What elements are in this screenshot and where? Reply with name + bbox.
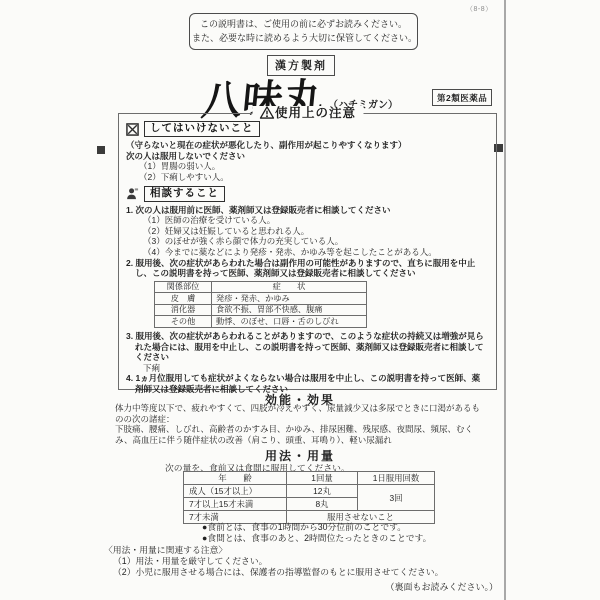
- cell-symptom-other: 動悸、のぼせ、口唇・舌のしびれ: [212, 316, 367, 328]
- notice-line-2: また、必要な時に読めるよう大切に保管してください。: [192, 32, 415, 46]
- see-back-note: （裏面もお読みください。）: [0, 580, 498, 593]
- page-corner-mark: （8-8）: [466, 4, 493, 14]
- consult-item-1-sub-2: （2）妊婦又は妊娠していると思われる人。: [126, 226, 488, 237]
- precautions-heading-text: 使用上の注意: [275, 106, 356, 120]
- consult-item-1-sub-4: （4）今までに薬などにより発疹・発赤、かゆみ等を起こしたことがある人。: [126, 247, 488, 258]
- precautions-box: 使用上の注意 してはいけないこと （守らないと現在の症状が悪化したり、副作用が起…: [118, 113, 497, 390]
- dosage-bullet-1: ●食前とは、食事の1時間から30分位前のことです。: [202, 522, 431, 533]
- side-effects-table: 関係部位 症 状 皮 膚 発疹・発赤、かゆみ 消化器 食欲不振、胃部不快感、腹痛…: [154, 281, 367, 328]
- dosage-header-times: 1日服用回数: [358, 472, 435, 485]
- do-not-item-2: （2）下痢しやすい人。: [126, 172, 488, 183]
- side-effects-header-row: 関係部位 症 状: [155, 281, 367, 293]
- side-effects-header-symptom: 症 状: [212, 281, 367, 293]
- prohibition-icon: [126, 123, 139, 136]
- consult-item-1-sub-1: （1）医師の治療を受けている人。: [126, 215, 488, 226]
- efficacy-intro: 体力中等度以下で、疲れやすくて、四肢が冷えやすく、尿量減少又は多尿でときに口渇が…: [115, 403, 485, 424]
- drug-class-badge: 第2類医薬品: [432, 89, 492, 106]
- precautions-content: してはいけないこと （守らないと現在の症状が悪化したり、副作用が起こりやすくなり…: [119, 114, 496, 395]
- do-not-subnote: （守らないと現在の症状が悪化したり、副作用が起こりやすくなります）: [126, 140, 488, 151]
- do-not-lead: 次の人は服用しないでください: [126, 151, 488, 162]
- print-registration-mark-left: [97, 146, 105, 154]
- cell-symptom-skin: 発疹・発赤、かゆみ: [212, 293, 367, 305]
- cell-amount-adult: 12丸: [287, 485, 358, 498]
- dosage-row-adult: 成人（15才以上） 12丸 3回: [184, 485, 435, 498]
- cell-part-other: その他: [155, 316, 212, 328]
- cell-symptom-digestive: 食欲不振、胃部不快感、腹痛: [212, 304, 367, 316]
- do-not-label-row: してはいけないこと: [126, 121, 488, 137]
- dosage-header-row: 年 齢 1回量 1日服用回数: [184, 472, 435, 485]
- consult-item-2: 2. 服用後、次の症状があらわれた場合は副作用の可能性がありますので、直ちに服用…: [126, 258, 488, 279]
- side-effects-row-other: その他 動悸、のぼせ、口唇・舌のしびれ: [155, 316, 367, 328]
- cell-amount-child: 8丸: [287, 498, 358, 511]
- precautions-heading: 使用上の注意: [252, 106, 363, 121]
- cell-part-digestive: 消化器: [155, 304, 212, 316]
- cell-times-per-day: 3回: [358, 485, 435, 511]
- consult-person-icon: [126, 187, 139, 200]
- cell-age-adult: 成人（15才以上）: [184, 485, 287, 498]
- efficacy-body: 体力中等度以下で、疲れやすくて、四肢が冷えやすく、尿量減少又は多尿でときに口渇が…: [115, 403, 485, 446]
- consult-item-1-sub-3: （3）のぼせが強く赤ら顔で体力の充実している人。: [126, 236, 488, 247]
- side-effects-row-digestive: 消化器 食欲不振、胃部不快感、腹痛: [155, 304, 367, 316]
- dosage-related-heading: 〈用法・用量に関連する注意〉: [104, 545, 443, 556]
- consult-item-1-lead: 1. 次の人は服用前に医師、薬剤師又は登録販売者に相談してください: [126, 205, 488, 216]
- dosage-bullet-2: ●食間とは、食事のあと、2時間位たったときのことです。: [202, 533, 431, 544]
- dosage-related-notes: 〈用法・用量に関連する注意〉 （1）用法・用量を厳守してください。 （2）小児に…: [104, 545, 443, 578]
- consult-item-3-symptom: 下痢: [126, 363, 488, 374]
- warning-triangle-icon: [259, 106, 274, 119]
- dosage-related-item-2: （2）小児に服用させる場合には、保護者の指導監督のもとに服用させてください。: [104, 567, 443, 578]
- cell-age-child: 7才以上15才未満: [184, 498, 287, 511]
- dosage-header-age: 年 齢: [184, 472, 287, 485]
- consult-item-3: 3. 服用後、次の症状があらわれることがありますので、このような症状の持続又は増…: [126, 331, 488, 363]
- efficacy-indications: 下肢痛、腰痛、しびれ、高齢者のかすみ目、かゆみ、排尿困難、残尿感、夜間尿、頻尿、…: [115, 424, 485, 445]
- do-not-label: してはいけないこと: [144, 121, 260, 137]
- read-before-use-notice: この説明書は、ご使用の前に必ずお読みください。 また、必要な時に読めるよう大切に…: [189, 13, 418, 50]
- side-effects-header-part: 関係部位: [155, 281, 212, 293]
- consult-label-row: 相談すること: [126, 186, 488, 202]
- do-not-item-1: （1）胃腸の弱い人。: [126, 161, 488, 172]
- side-effects-row-skin: 皮 膚 発疹・発赤、かゆみ: [155, 293, 367, 305]
- dosage-header-amount: 1回量: [287, 472, 358, 485]
- dosage-related-item-1: （1）用法・用量を厳守してください。: [104, 556, 443, 567]
- cell-part-skin: 皮 膚: [155, 293, 212, 305]
- notice-line-1: この説明書は、ご使用の前に必ずお読みください。: [192, 18, 415, 32]
- dosage-bullets: ●食前とは、食事の1時間から30分位前のことです。 ●食間とは、食事のあと、2時…: [202, 522, 431, 545]
- consult-label: 相談すること: [144, 186, 225, 202]
- dosage-table: 年 齢 1回量 1日服用回数 成人（15才以上） 12丸 3回 7才以上15才未…: [183, 471, 435, 524]
